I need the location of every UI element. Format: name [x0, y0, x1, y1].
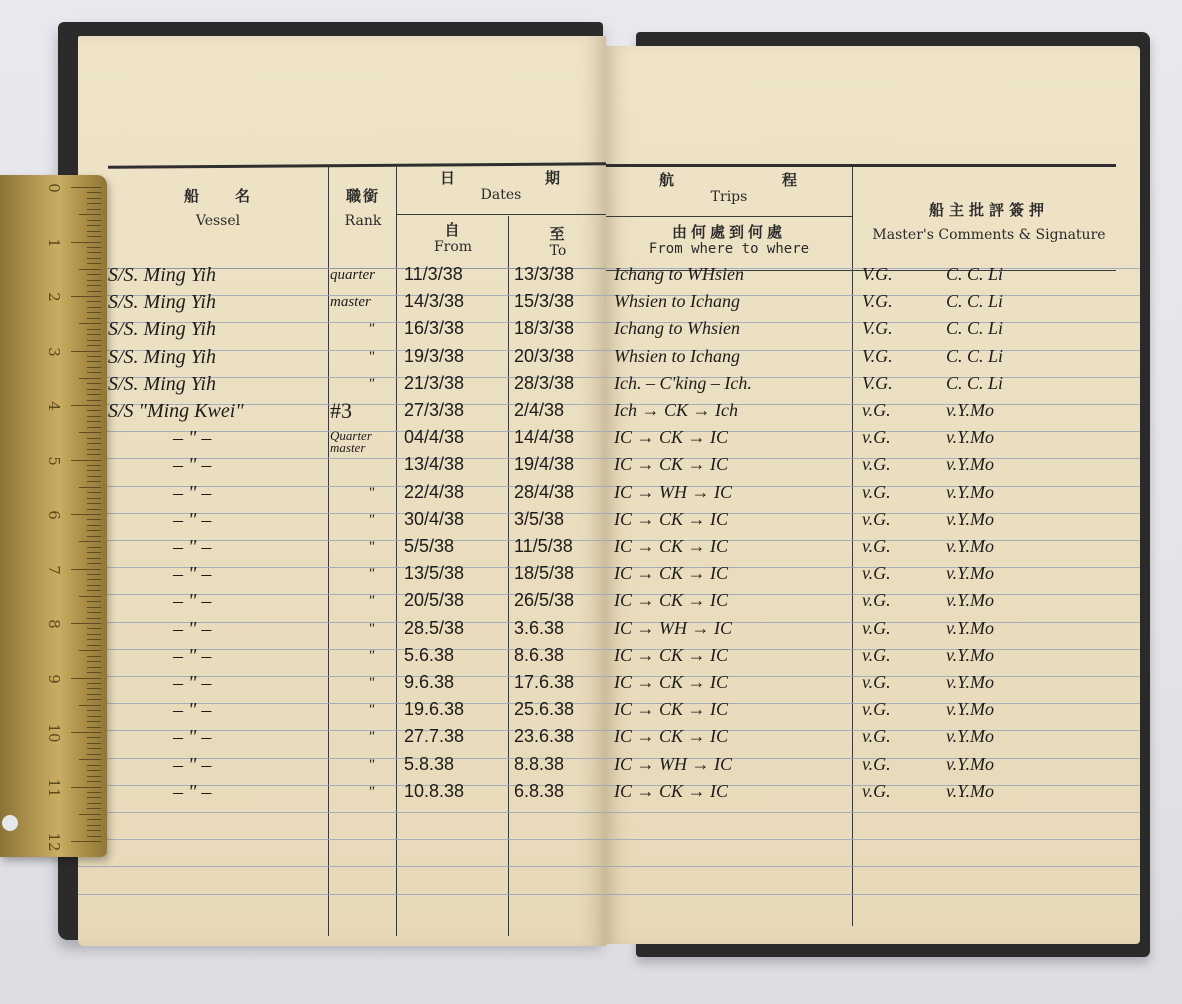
trip-cell: IC → CK → IC	[614, 645, 728, 666]
trip-cell: IC → CK → IC	[614, 699, 728, 720]
ruler-tick	[71, 732, 101, 733]
ruler-tick	[87, 329, 101, 330]
ruler-tick	[87, 509, 101, 510]
date-from-cell: 22/4/38	[404, 482, 464, 503]
ruler-tick	[87, 688, 101, 689]
ruler-tick	[87, 661, 101, 662]
ruler-tick	[87, 803, 101, 804]
ruler-number: 7	[45, 560, 63, 580]
ruler-tick	[79, 541, 101, 542]
ruler-tick	[71, 187, 101, 188]
ruler-tick	[87, 231, 101, 232]
rank-cell: "	[368, 349, 374, 366]
header-trips: 航 程 Trips	[606, 172, 852, 205]
ruled-line	[606, 894, 1140, 895]
ruler-tick	[87, 645, 101, 646]
rank-cell: "	[368, 648, 374, 665]
ruler-tick	[87, 361, 101, 362]
date-to-cell: 6.8.38	[514, 781, 564, 802]
ruler-tick	[87, 225, 101, 226]
ruler-tick	[79, 650, 101, 651]
header-route-cn: 由何處到何處	[606, 224, 852, 241]
ruler-tick	[87, 825, 101, 826]
ruler-tick	[71, 514, 101, 515]
ruler-tick	[87, 280, 101, 281]
vessel-cell: – " –	[173, 454, 211, 477]
date-from-cell: 10.8.38	[404, 781, 464, 802]
date-from-cell: 13/4/38	[404, 454, 464, 475]
ruler-number: 2	[45, 287, 63, 307]
rank-cell: Quarter master	[330, 430, 394, 454]
ruler-tick	[71, 405, 101, 406]
date-from-cell: 19.6.38	[404, 699, 464, 720]
comment-cell: v.G.	[862, 590, 891, 611]
trip-cell: IC → CK → IC	[614, 563, 728, 584]
ruler-tick	[79, 432, 101, 433]
header-comments-en: Master's Comments & Signature	[854, 227, 1124, 243]
date-from-cell: 5/5/38	[404, 536, 454, 557]
vessel-cell: – " –	[173, 563, 211, 586]
brass-ruler: 0123456789101112	[0, 175, 107, 857]
trip-cell: IC → WH → IC	[614, 754, 732, 775]
ruler-tick	[87, 536, 101, 537]
comment-cell: v.G.	[862, 509, 891, 530]
ruler-tick	[87, 694, 101, 695]
ruler-tick	[87, 547, 101, 548]
ruler-tick	[71, 678, 101, 679]
rank-cell: "	[368, 566, 374, 583]
ruler-tick	[87, 792, 101, 793]
ruler-tick	[87, 552, 101, 553]
vessel-cell: S/S. Ming Yih	[108, 291, 216, 314]
ruler-tick	[87, 291, 101, 292]
ruler-tick	[87, 421, 101, 422]
vessel-cell: – " –	[173, 509, 211, 532]
ruler-tick	[87, 340, 101, 341]
header-rank-en: Rank	[330, 213, 396, 229]
ruler-tick	[79, 596, 101, 597]
ruler-tick	[87, 710, 101, 711]
header-dates-en: Dates	[396, 187, 606, 203]
ruler-tick	[87, 721, 101, 722]
ruler-tick	[87, 192, 101, 193]
ruler-tick	[87, 209, 101, 210]
ruler-tick	[79, 814, 101, 815]
signature-cell: C. C. Li	[946, 291, 1003, 312]
trip-cell: IC → CK → IC	[614, 781, 728, 802]
ruler-tick	[87, 465, 101, 466]
vessel-cell: – " –	[173, 754, 211, 777]
ruler-tick	[87, 389, 101, 390]
vessel-cell: S/S. Ming Yih	[108, 318, 216, 341]
header-trips-cn-right: 程	[782, 172, 799, 189]
ruler-tick	[87, 394, 101, 395]
ruler-tick	[87, 198, 101, 199]
ruler-tick	[87, 628, 101, 629]
ruler-tick	[87, 252, 101, 253]
date-to-cell: 14/4/38	[514, 427, 574, 448]
header-vessel-cn: 船 名	[118, 188, 318, 205]
ruler-number: 5	[45, 451, 63, 471]
rank-cell: quarter	[330, 267, 375, 284]
trip-cell: IC → WH → IC	[614, 618, 732, 639]
header-from-en: From	[398, 239, 508, 255]
header-from-cn: 自	[398, 222, 508, 239]
ruler-tick	[87, 383, 101, 384]
signature-cell: v.Y.Mo	[946, 454, 994, 475]
ruler-tick	[87, 585, 101, 586]
rank-cell: "	[368, 376, 374, 393]
header-trips-cn-left: 航	[659, 172, 676, 189]
date-to-cell: 17.6.38	[514, 672, 574, 693]
ruler-tick	[87, 443, 101, 444]
ruler-tick	[87, 737, 101, 738]
trip-cell: Ich. – C'king – Ich.	[614, 373, 752, 394]
ruler-tick	[87, 770, 101, 771]
header-top-rule	[108, 162, 606, 168]
ruler-tick	[87, 639, 101, 640]
ruler-tick	[87, 427, 101, 428]
trip-cell: IC → CK → IC	[614, 672, 728, 693]
date-from-cell: 13/5/38	[404, 563, 464, 584]
comment-cell: V.G.	[862, 264, 893, 285]
comment-cell: v.G.	[862, 699, 891, 720]
ruler-tick	[87, 797, 101, 798]
ruler-tick	[87, 492, 101, 493]
rank-cell: "	[368, 729, 374, 746]
ruler-tick	[79, 705, 101, 706]
ruler-tick	[87, 438, 101, 439]
comment-cell: V.G.	[862, 346, 893, 367]
trip-cell: IC → WH → IC	[614, 482, 732, 503]
ruled-line	[78, 812, 606, 813]
date-from-cell: 16/3/38	[404, 318, 464, 339]
ruler-number: 8	[45, 614, 63, 634]
ruler-tick	[87, 345, 101, 346]
comment-cell: v.G.	[862, 781, 891, 802]
ruler-tick	[79, 378, 101, 379]
ruler-tick	[87, 367, 101, 368]
ruler-tick	[87, 285, 101, 286]
ruler-tick	[87, 220, 101, 221]
date-to-cell: 13/3/38	[514, 264, 574, 285]
rank-cell: master	[330, 294, 371, 311]
rank-cell: "	[368, 621, 374, 638]
ruler-tick	[87, 318, 101, 319]
ruler-tick	[79, 759, 101, 760]
vessel-cell: S/S. Ming Yih	[108, 264, 216, 287]
ruler-tick	[87, 312, 101, 313]
ruler-tick	[87, 301, 101, 302]
vessel-cell: – " –	[173, 672, 211, 695]
header-to-cn: 至	[510, 226, 606, 243]
rank-cell: "	[368, 702, 374, 719]
ruler-tick	[71, 841, 101, 842]
ruler-number: 1	[45, 233, 63, 253]
vessel-cell: – " –	[173, 726, 211, 749]
comment-cell: V.G.	[862, 318, 893, 339]
header-comments-cn: 船主批評簽押	[854, 202, 1124, 219]
ruler-tick	[87, 372, 101, 373]
trip-cell: IC → CK → IC	[614, 726, 728, 747]
ruler-tick	[87, 476, 101, 477]
rank-cell: "	[368, 321, 374, 338]
ruler-tick	[87, 590, 101, 591]
ruler-tick	[71, 242, 101, 243]
header-to: 至 To	[510, 226, 606, 259]
header-top-rule-right	[606, 164, 1116, 167]
trip-cell: Ichang to Whsien	[614, 318, 740, 339]
ruler-number: 3	[45, 342, 63, 362]
signature-cell: v.Y.Mo	[946, 509, 994, 530]
date-to-cell: 11/5/38	[514, 536, 573, 557]
column-divider-vessel-rank	[328, 166, 329, 936]
ruler-tick	[87, 612, 101, 613]
trip-cell: IC → CK → IC	[614, 536, 728, 557]
ruled-line	[606, 866, 1140, 867]
ruler-tick	[87, 334, 101, 335]
ruler-tick	[79, 487, 101, 488]
comment-cell: v.G.	[862, 427, 891, 448]
ruler-tick	[87, 765, 101, 766]
column-divider-rank-dates	[396, 166, 397, 936]
rank-cell: "	[368, 675, 374, 692]
header-comments: 船主批評簽押 Master's Comments & Signature	[854, 202, 1124, 243]
vessel-cell: – " –	[173, 618, 211, 641]
ruler-tick	[71, 296, 101, 297]
signature-cell: C. C. Li	[946, 373, 1003, 394]
date-from-cell: 14/3/38	[404, 291, 464, 312]
comment-cell: V.G.	[862, 373, 893, 394]
date-to-cell: 20/3/38	[514, 346, 574, 367]
comment-cell: V.G.	[862, 291, 893, 312]
date-from-cell: 5.8.38	[404, 754, 454, 775]
signature-cell: v.Y.Mo	[946, 400, 994, 421]
date-to-cell: 26/5/38	[514, 590, 574, 611]
record-book: 船 名 Vessel 職銜 Rank 日 期 Dates 自 From 至 To…	[58, 22, 1150, 952]
signature-cell: v.Y.Mo	[946, 427, 994, 448]
trip-cell: Ich → CK → Ich	[614, 400, 738, 421]
ruler-tick	[87, 656, 101, 657]
date-to-cell: 23.6.38	[514, 726, 574, 747]
dates-subheader-rule	[396, 214, 606, 215]
header-rank-cn: 職銜	[330, 188, 396, 205]
ruler-tick	[87, 454, 101, 455]
date-from-cell: 27.7.38	[404, 726, 464, 747]
ruler-number: 11	[45, 778, 63, 798]
date-from-cell: 04/4/38	[404, 427, 464, 448]
ruler-number: 9	[45, 669, 63, 689]
date-from-cell: 28.5/38	[404, 618, 464, 639]
date-to-cell: 18/5/38	[514, 563, 574, 584]
rank-cell: "	[368, 512, 374, 529]
comment-cell: v.G.	[862, 563, 891, 584]
date-from-cell: 9.6.38	[404, 672, 454, 693]
header-dates: 日 期 Dates	[396, 170, 606, 203]
header-trips-en: Trips	[606, 189, 852, 205]
comment-cell: v.G.	[862, 726, 891, 747]
signature-cell: v.Y.Mo	[946, 699, 994, 720]
signature-cell: C. C. Li	[946, 264, 1003, 285]
ruler-tick	[71, 569, 101, 570]
ruler-tick	[87, 819, 101, 820]
comment-cell: v.G.	[862, 454, 891, 475]
ruler-tick	[87, 781, 101, 782]
ruler-tick	[87, 263, 101, 264]
vessel-cell: – " –	[173, 590, 211, 613]
rank-cell: #3	[330, 398, 352, 424]
date-from-cell: 30/4/38	[404, 509, 464, 530]
ruler-tick	[71, 351, 101, 352]
date-from-cell: 20/5/38	[404, 590, 464, 611]
ruler-tick	[87, 258, 101, 259]
rank-cell: "	[368, 539, 374, 556]
ruler-tick	[79, 214, 101, 215]
signature-cell: v.Y.Mo	[946, 536, 994, 557]
right-page: 航 程 Trips 由何處到何處 From where to where 船主批…	[606, 46, 1140, 944]
ruler-tick	[87, 683, 101, 684]
date-from-cell: 21/3/38	[404, 373, 464, 394]
ruled-line	[78, 839, 606, 840]
vessel-cell: – " –	[173, 781, 211, 804]
ruler-tick	[79, 269, 101, 270]
ruler-tick	[87, 836, 101, 837]
trip-cell: IC → CK → IC	[614, 509, 728, 530]
comment-cell: v.G.	[862, 672, 891, 693]
vessel-cell: – " –	[173, 536, 211, 559]
date-from-cell: 5.6.38	[404, 645, 454, 666]
column-divider-from-to	[508, 216, 509, 936]
ruler-tick	[87, 530, 101, 531]
ruler-tick	[87, 743, 101, 744]
ruler-number: 4	[45, 396, 63, 416]
ruler-tick	[87, 716, 101, 717]
ruler-tick	[87, 203, 101, 204]
signature-cell: v.Y.Mo	[946, 754, 994, 775]
header-rank: 職銜 Rank	[330, 188, 396, 229]
header-to-en: To	[510, 243, 606, 259]
comment-cell: v.G.	[862, 645, 891, 666]
rank-cell: "	[368, 485, 374, 502]
signature-cell: v.Y.Mo	[946, 482, 994, 503]
ruler-tick	[87, 574, 101, 575]
ruler-tick	[87, 808, 101, 809]
ruler-tick	[87, 525, 101, 526]
ruler-tick	[87, 416, 101, 417]
trip-cell: IC → CK → IC	[614, 454, 728, 475]
trip-cell: Whsien to Ichang	[614, 346, 740, 367]
ruler-tick	[87, 503, 101, 504]
ruler-tick	[87, 236, 101, 237]
trip-cell: IC → CK → IC	[614, 427, 728, 448]
header-route-en: From where to where	[606, 241, 852, 257]
ruler-tick	[71, 623, 101, 624]
ruler-tick	[87, 410, 101, 411]
header-vessel-en: Vessel	[118, 213, 318, 229]
trips-subheader-rule	[606, 216, 852, 217]
signature-cell: v.Y.Mo	[946, 645, 994, 666]
ruler-tick	[71, 460, 101, 461]
ruler-tick	[87, 307, 101, 308]
comment-cell: v.G.	[862, 400, 891, 421]
ruler-tick	[87, 634, 101, 635]
header-dates-cn-right: 期	[545, 170, 562, 187]
vessel-cell: – " –	[173, 699, 211, 722]
signature-cell: v.Y.Mo	[946, 618, 994, 639]
trip-cell: IC → CK → IC	[614, 590, 728, 611]
date-to-cell: 25.6.38	[514, 699, 574, 720]
ruler-tick	[87, 356, 101, 357]
header-route: 由何處到何處 From where to where	[606, 224, 852, 257]
comment-cell: v.G.	[862, 482, 891, 503]
date-to-cell: 18/3/38	[514, 318, 574, 339]
vessel-cell: S/S "Ming Kwei"	[108, 400, 244, 423]
ruler-tick	[87, 481, 101, 482]
signature-cell: C. C. Li	[946, 346, 1003, 367]
comment-cell: v.G.	[862, 536, 891, 557]
header-vessel: 船 名 Vessel	[118, 188, 318, 229]
ruler-tick	[87, 727, 101, 728]
ruler-tick	[87, 699, 101, 700]
header-from: 自 From	[398, 222, 508, 255]
date-from-cell: 27/3/38	[404, 400, 464, 421]
left-page: 船 名 Vessel 職銜 Rank 日 期 Dates 自 From 至 To…	[78, 36, 606, 946]
date-to-cell: 19/4/38	[514, 454, 574, 475]
ruler-tick	[87, 498, 101, 499]
vessel-cell: – " –	[173, 482, 211, 505]
date-to-cell: 3/5/38	[514, 509, 564, 530]
signature-cell: v.Y.Mo	[946, 590, 994, 611]
rank-cell: "	[368, 757, 374, 774]
ruler-tick	[79, 323, 101, 324]
vessel-cell: S/S. Ming Yih	[108, 346, 216, 369]
ruler-tick	[87, 449, 101, 450]
ruler-tick	[87, 563, 101, 564]
ruler-tick	[87, 274, 101, 275]
ruler-tick	[87, 558, 101, 559]
ruler-tick	[71, 787, 101, 788]
ruler-tick	[87, 607, 101, 608]
ruler-tick	[87, 830, 101, 831]
date-to-cell: 8.6.38	[514, 645, 564, 666]
vessel-cell: – " –	[173, 645, 211, 668]
date-to-cell: 8.8.38	[514, 754, 564, 775]
header-dates-cn-left: 日	[440, 170, 457, 187]
ruler-tick	[87, 754, 101, 755]
ruler-number: 12	[45, 832, 63, 852]
ruled-line	[78, 866, 606, 867]
date-to-cell: 28/4/38	[514, 482, 574, 503]
ruler-tick	[87, 618, 101, 619]
ruler-tick	[87, 776, 101, 777]
signature-cell: v.Y.Mo	[946, 672, 994, 693]
ruler-number: 6	[45, 505, 63, 525]
date-to-cell: 2/4/38	[514, 400, 564, 421]
ruler-hole	[2, 815, 18, 831]
date-to-cell: 3.6.38	[514, 618, 564, 639]
trip-cell: Ichang to WHsien	[614, 264, 744, 285]
date-from-cell: 19/3/38	[404, 346, 464, 367]
date-to-cell: 15/3/38	[514, 291, 574, 312]
rank-cell: "	[368, 784, 374, 801]
ruler-tick	[87, 667, 101, 668]
date-to-cell: 28/3/38	[514, 373, 574, 394]
ruler-tick	[87, 247, 101, 248]
signature-cell: v.Y.Mo	[946, 563, 994, 584]
ruler-tick	[87, 579, 101, 580]
comment-cell: v.G.	[862, 754, 891, 775]
ruler-tick	[87, 470, 101, 471]
